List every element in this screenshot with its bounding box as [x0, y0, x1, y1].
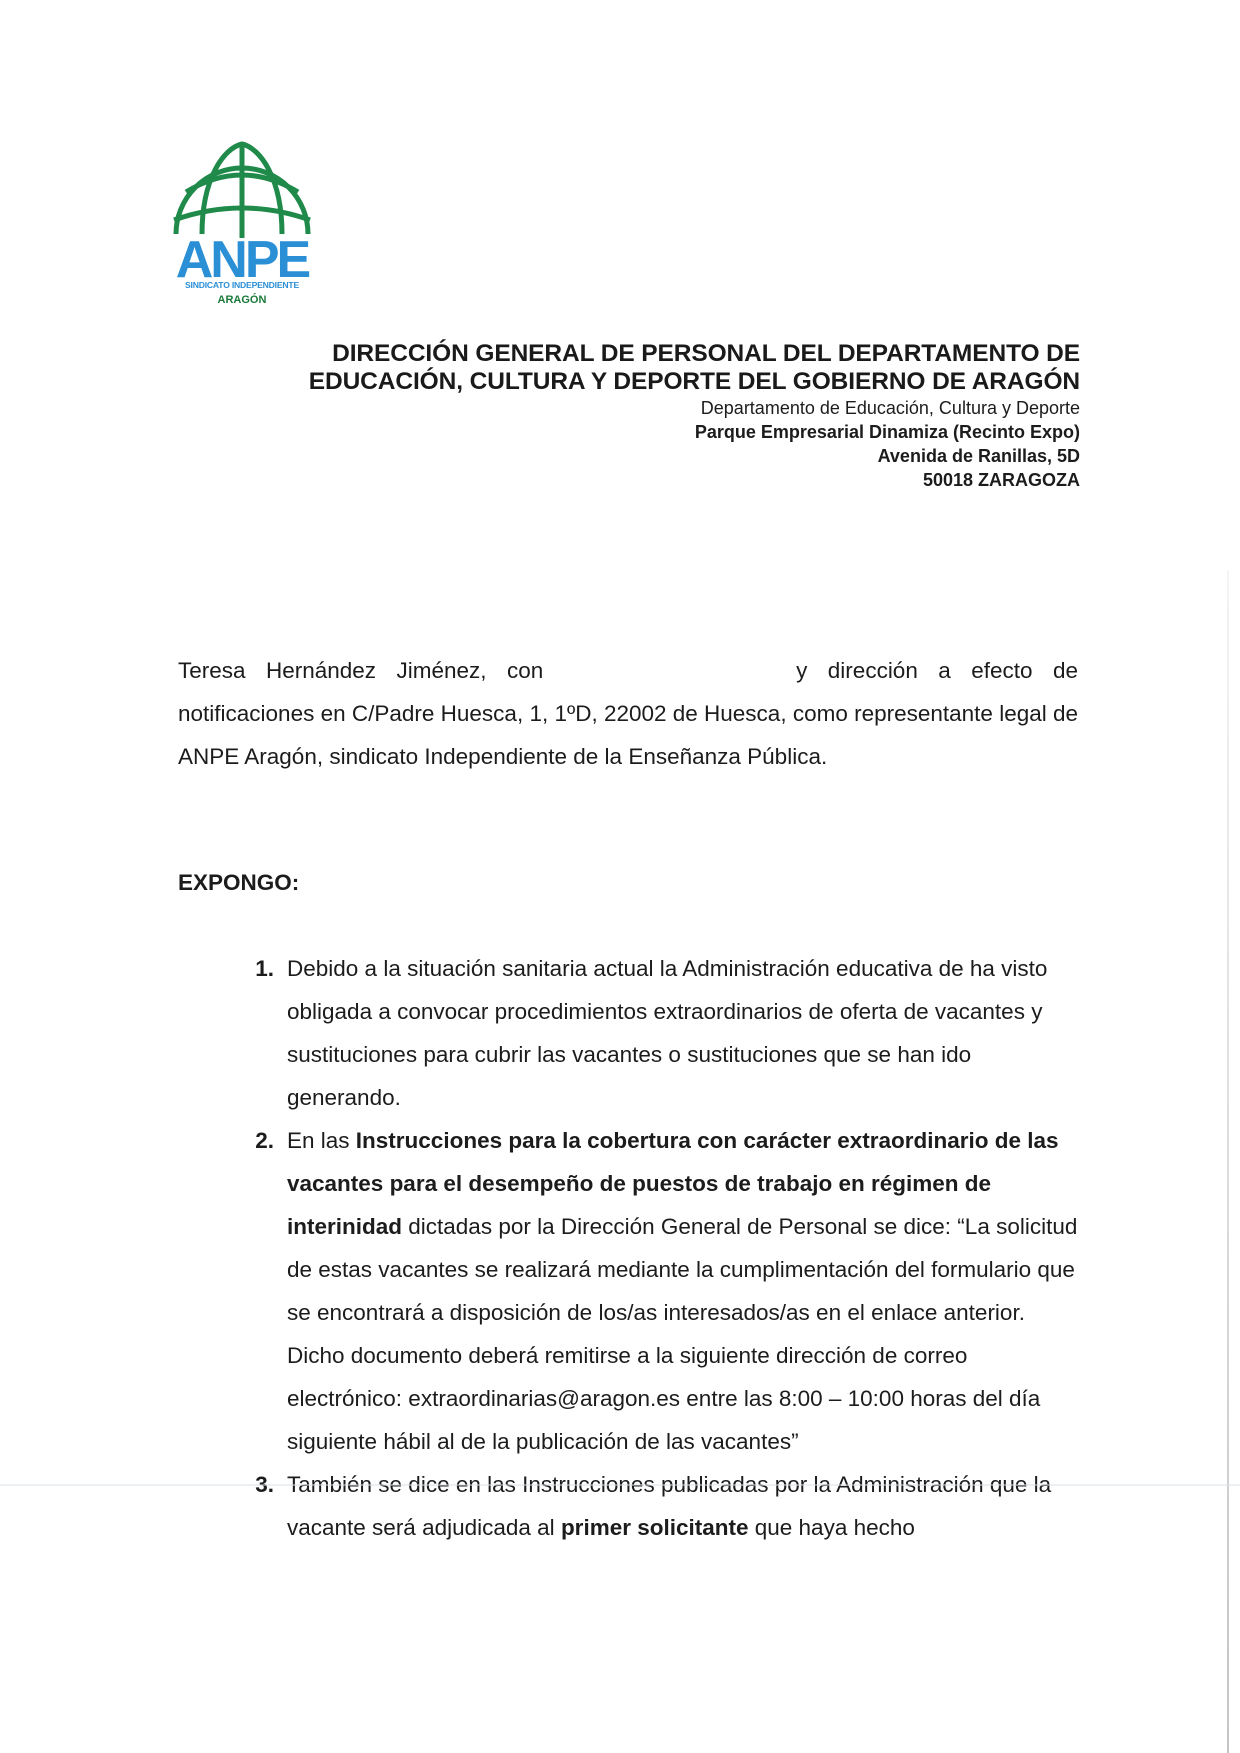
item-text-after: que haya hecho — [749, 1515, 915, 1540]
recipient-title-line-2: EDUCACIÓN, CULTURA Y DEPORTE DEL GOBIERN… — [280, 368, 1080, 396]
item-number: 1. — [240, 947, 274, 990]
svg-text:ARAGÓN: ARAGÓN — [218, 293, 267, 306]
intro-paragraph: Teresa Hernández Jiménez, con y direcció… — [178, 649, 1078, 778]
item-number: 2. — [240, 1119, 274, 1162]
intro-name: Teresa Hernández Jiménez, con — [178, 658, 543, 683]
svg-text:SINDICATO INDEPENDIENTE: SINDICATO INDEPENDIENTE — [185, 280, 299, 290]
recipient-block: DIRECCIÓN GENERAL DE PERSONAL DEL DEPART… — [280, 340, 1080, 492]
list-item: 3. También se dice en las Instrucciones … — [240, 1463, 1085, 1549]
item-text-after: dictadas por la Dirección General de Per… — [287, 1214, 1077, 1454]
recipient-address-line-1: Parque Empresarial Dinamiza (Recinto Exp… — [280, 420, 1080, 444]
item-text: Debido a la situación sanitaria actual l… — [287, 956, 1047, 1110]
scan-artifact-haze — [0, 1484, 1240, 1486]
recipient-department: Departamento de Educación, Cultura y Dep… — [280, 396, 1080, 420]
globe-icon: ANPE SINDICATO INDEPENDIENTE ARAGÓN — [162, 138, 322, 308]
anpe-logo: ANPE SINDICATO INDEPENDIENTE ARAGÓN — [162, 138, 322, 308]
section-heading: EXPONGO: — [178, 868, 299, 898]
recipient-address-line-2: Avenida de Ranillas, 5D — [280, 444, 1080, 468]
recipient-address-line-3: 50018 ZARAGOZA — [280, 468, 1080, 492]
list-item: 2. En las Instrucciones para la cobertur… — [240, 1119, 1085, 1463]
scan-artifact-line — [1227, 570, 1229, 1753]
item-text-before: En las — [287, 1128, 356, 1153]
item-bold-text: primer solicitante — [561, 1515, 749, 1540]
recipient-title-line-1: DIRECCIÓN GENERAL DE PERSONAL DEL DEPART… — [280, 340, 1080, 368]
list-item: 1. Debido a la situación sanitaria actua… — [240, 947, 1085, 1119]
numbered-list: 1. Debido a la situación sanitaria actua… — [240, 947, 1085, 1549]
